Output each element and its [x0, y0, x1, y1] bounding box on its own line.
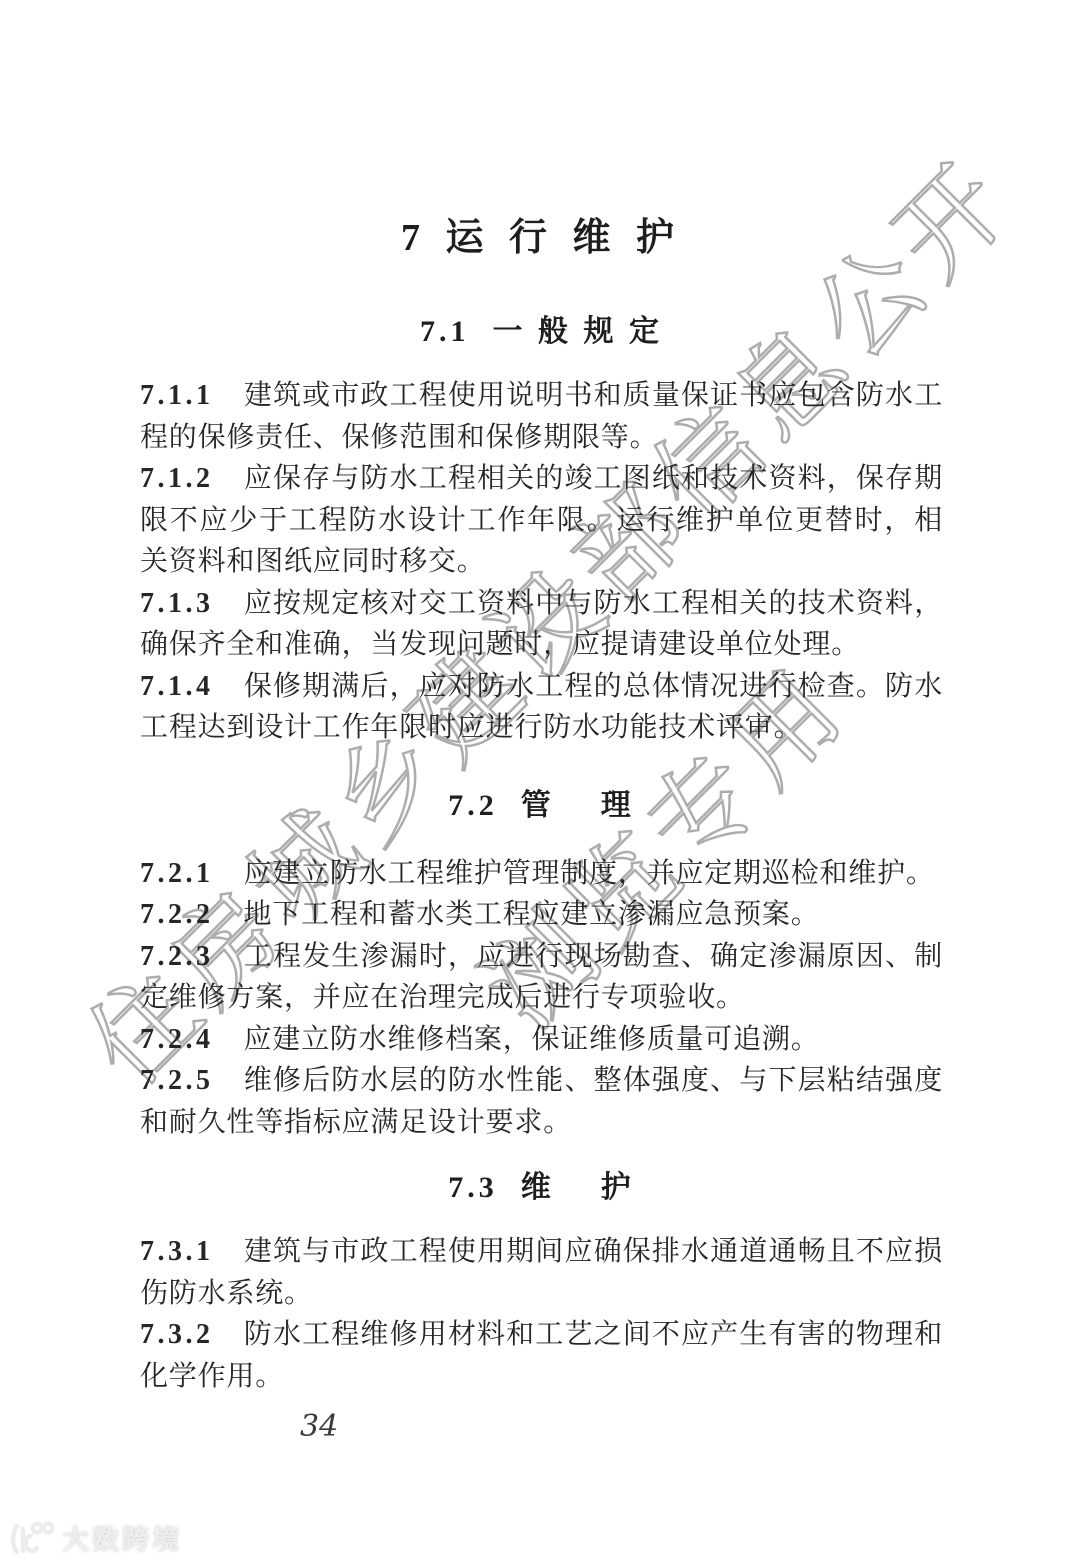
document-page: 住房城乡建设部信息公开 浏览专用 7 运 行 维 护 7.1 一 般 规 定 7…	[0, 0, 1080, 1563]
clause-text: 应按规定核对交工资料中与防水工程相关的技术资料，确保齐全和准确，当发现问题时，应…	[140, 588, 943, 661]
clause-number: 7.2.3	[140, 941, 244, 972]
clause-7-1-1: 7.1.1建筑或市政工程使用说明书和质量保证书应包含防水工程的保修责任、保修范围…	[140, 375, 943, 458]
clause-7-2-2: 7.2.2地下工程和蓄水类工程应建立渗漏应急预案。	[140, 894, 943, 936]
brand-logo-text: 大数跨境	[62, 1518, 182, 1557]
clause-number: 7.1.2	[140, 463, 244, 494]
clause-number: 7.2.2	[140, 899, 244, 930]
page-content: 7 运 行 维 护 7.1 一 般 规 定 7.1.1建筑或市政工程使用说明书和…	[0, 0, 1080, 1444]
clause-number: 7.3.2	[140, 1319, 244, 1350]
brand-logo-icon	[8, 1519, 54, 1557]
clause-text: 防水工程维修用材料和工艺之间不应产生有害的物理和化学作用。	[140, 1319, 943, 1392]
clause-text: 地下工程和蓄水类工程应建立渗漏应急预案。	[244, 899, 820, 930]
clause-7-2-3: 7.2.3工程发生渗漏时，应进行现场勘查、确定渗漏原因、制定维修方案，并应在治理…	[140, 936, 943, 1019]
clause-7-1-3: 7.1.3应按规定核对交工资料中与防水工程相关的技术资料，确保齐全和准确，当发现…	[140, 583, 943, 666]
clause-7-1-2: 7.1.2应保存与防水工程相关的竣工图纸和技术资料，保存期限不应少于工程防水设计…	[140, 458, 943, 583]
clause-number: 7.2.1	[140, 858, 244, 889]
clause-number: 7.1.4	[140, 671, 244, 702]
clause-number: 7.1.1	[140, 380, 244, 411]
clause-7-3-1: 7.3.1建筑与市政工程使用期间应确保排水通道通畅且不应损伤防水系统。	[140, 1231, 943, 1314]
clause-number: 7.1.3	[140, 588, 244, 619]
section-heading-7-2: 7.2 管 理	[140, 789, 943, 823]
clause-text: 工程发生渗漏时，应进行现场勘查、确定渗漏原因、制定维修方案，并应在治理完成后进行…	[140, 941, 943, 1014]
clause-7-2-1: 7.2.1应建立防水工程维护管理制度，并应定期巡检和维护。	[140, 853, 943, 895]
clause-text: 应建立防水工程维护管理制度，并应定期巡检和维护。	[244, 858, 935, 889]
clause-text: 维修后防水层的防水性能、整体强度、与下层粘结强度和耐久性等指标应满足设计要求。	[140, 1065, 943, 1138]
page-number: 34	[300, 1409, 943, 1444]
clause-7-3-2: 7.3.2防水工程维修用材料和工艺之间不应产生有害的物理和化学作用。	[140, 1314, 943, 1397]
clause-text: 应保存与防水工程相关的竣工图纸和技术资料，保存期限不应少于工程防水设计工作年限。…	[140, 463, 943, 577]
clause-text: 应建立防水维修档案，保证维修质量可追溯。	[244, 1024, 820, 1055]
clause-number: 7.2.5	[140, 1065, 244, 1096]
clause-7-2-5: 7.2.5维修后防水层的防水性能、整体强度、与下层粘结强度和耐久性等指标应满足设…	[140, 1060, 943, 1143]
section-heading-7-1: 7.1 一 般 规 定	[140, 315, 943, 349]
clause-number: 7.3.1	[140, 1236, 244, 1267]
clause-7-1-4: 7.1.4保修期满后，应对防水工程的总体情况进行检查。防水工程达到设计工作年限时…	[140, 666, 943, 749]
section-heading-7-3: 7.3 维 护	[140, 1171, 943, 1205]
clause-number: 7.2.4	[140, 1024, 244, 1055]
chapter-title: 7 运 行 维 护	[140, 216, 943, 260]
clause-text: 建筑或市政工程使用说明书和质量保证书应包含防水工程的保修责任、保修范围和保修期限…	[140, 380, 943, 453]
clause-text: 建筑与市政工程使用期间应确保排水通道通畅且不应损伤防水系统。	[140, 1236, 943, 1309]
brand-watermark: 大数跨境	[8, 1518, 182, 1557]
clause-text: 保修期满后，应对防水工程的总体情况进行检查。防水工程达到设计工作年限时应进行防水…	[140, 671, 943, 744]
clause-7-2-4: 7.2.4应建立防水维修档案，保证维修质量可追溯。	[140, 1019, 943, 1061]
